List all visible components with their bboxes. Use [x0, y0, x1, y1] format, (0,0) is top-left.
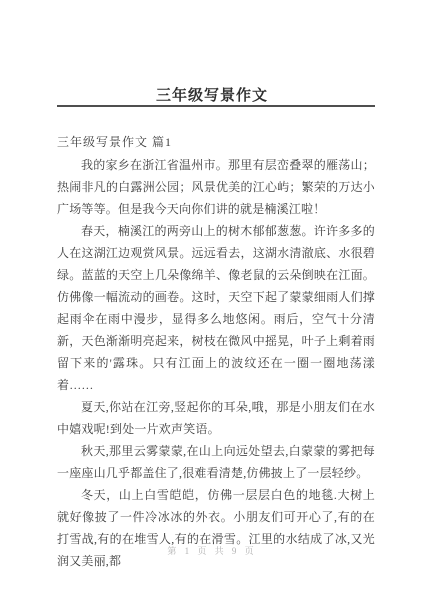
document-page: 三年级写景作文 三年级写景作文 篇1 我的家乡在浙江省温州市。那里有层峦叠翠的雁…: [0, 0, 424, 600]
paragraph-winter: 冬天，山上白雪皑皑，仿佛一层层白色的地毯.大树上就好像披了一件冷冰冰的外衣。小朋…: [57, 484, 375, 572]
document-title: 三年级写景作文: [0, 84, 424, 105]
title-divider: [57, 105, 375, 107]
page-number: 第 1 页 共 9 页: [0, 544, 424, 557]
document-body: 我的家乡在浙江省温州市。那里有层峦叠翠的雁荡山；热闹非凡的白露洲公园；风景优美的…: [57, 154, 375, 572]
section-heading: 三年级写景作文 篇1: [57, 133, 172, 150]
paragraph-summer: 夏天,你站在江旁,竖起你的耳朵,哦，那是小朋友们在水中嬉戏呢!到处一片欢声笑语。: [57, 396, 375, 440]
paragraph-spring: 春天，楠溪江的两旁山上的树木郁郁葱葱。许许多多的人在这湖江边观赏风景。远远看去，…: [57, 220, 375, 396]
paragraph-autumn: 秋天,那里云雾蒙蒙,在山上向远处望去,白蒙蒙的雾把每一座座山几乎都盖住了,很难看…: [57, 440, 375, 484]
paragraph-intro: 我的家乡在浙江省温州市。那里有层峦叠翠的雁荡山；热闹非凡的白露洲公园；风景优美的…: [57, 154, 375, 220]
